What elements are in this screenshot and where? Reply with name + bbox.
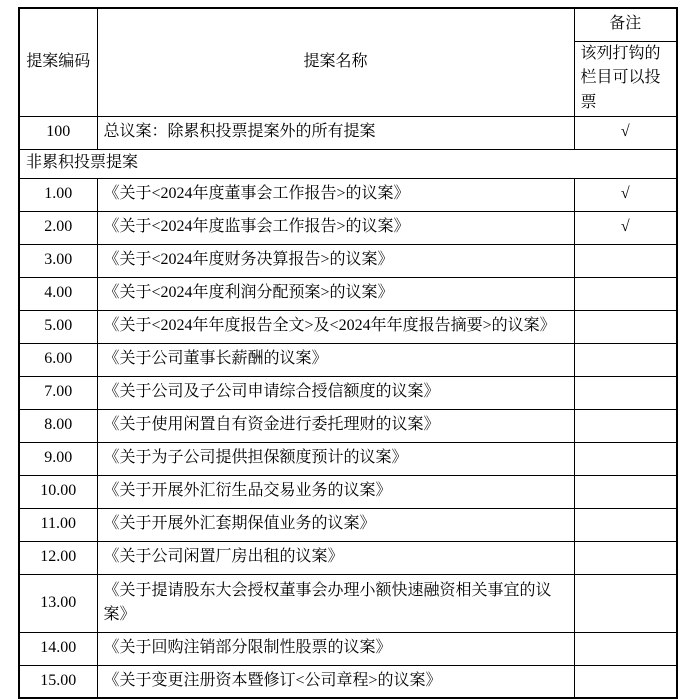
proposal-check-cell: √	[574, 178, 677, 211]
proposal-name-cell: 《关于<2024年年度报告全文>及<2024年年度报告摘要>的议案》	[97, 310, 574, 343]
proposal-code-cell: 5.00	[19, 310, 97, 343]
table-row-general: 100 总议案：除累积投票提案外的所有提案 √	[19, 116, 677, 149]
proposal-code-cell: 100	[19, 116, 97, 149]
proposal-check-cell	[574, 574, 677, 632]
table-row: 13.00 《关于提请股东大会授权董事会办理小额快速融资相关事宜的议案》	[19, 574, 677, 632]
table-row: 10.00 《关于开展外汇衍生品交易业务的议案》	[19, 475, 677, 508]
proposal-name-cell: 《关于<2024年度监事会工作报告>的议案》	[97, 211, 574, 244]
proposal-check-cell	[574, 310, 677, 343]
proposal-check-cell	[574, 376, 677, 409]
proposal-check-cell	[574, 508, 677, 541]
proposal-code-cell: 14.00	[19, 632, 97, 665]
proposal-check-cell	[574, 665, 677, 698]
proposal-check-cell	[574, 244, 677, 277]
proposal-code-cell: 1.00	[19, 178, 97, 211]
proposal-name-cell: 《关于公司及子公司申请综合授信额度的议案》	[97, 376, 574, 409]
proposal-code-cell: 3.00	[19, 244, 97, 277]
proposal-check-cell	[574, 277, 677, 310]
table-row: 12.00 《关于公司闲置厂房出租的议案》	[19, 541, 677, 574]
table-row: 1.00 《关于<2024年度董事会工作报告>的议案》 √	[19, 178, 677, 211]
proposal-code-cell: 13.00	[19, 574, 97, 632]
table-row: 2.00 《关于<2024年度监事会工作报告>的议案》 √	[19, 211, 677, 244]
proposal-check-cell: √	[574, 211, 677, 244]
proposal-code-cell: 10.00	[19, 475, 97, 508]
proposal-name-cell: 《关于<2024年度董事会工作报告>的议案》	[97, 178, 574, 211]
table-header-row: 提案编码 提案名称 备注	[19, 8, 677, 41]
proposal-code-cell: 11.00	[19, 508, 97, 541]
proposal-name-cell: 《关于<2024年度利润分配预案>的议案》	[97, 277, 574, 310]
header-remark-note: 该列打钩的栏目可以投票	[574, 41, 677, 116]
proposal-code-cell: 2.00	[19, 211, 97, 244]
proposal-check-cell	[574, 541, 677, 574]
proposal-check-cell	[574, 475, 677, 508]
proposal-name-cell: 《关于开展外汇套期保值业务的议案》	[97, 508, 574, 541]
table-row: 4.00 《关于<2024年度利润分配预案>的议案》	[19, 277, 677, 310]
proposal-name-cell: 《关于<2024年度财务决算报告>的议案》	[97, 244, 574, 277]
table-row: 7.00 《关于公司及子公司申请综合授信额度的议案》	[19, 376, 677, 409]
proposal-check-cell	[574, 343, 677, 376]
header-proposal-name: 提案名称	[97, 8, 574, 116]
proposal-check-cell	[574, 409, 677, 442]
proposal-code-cell: 7.00	[19, 376, 97, 409]
header-remark: 备注	[574, 8, 677, 41]
proposal-check-cell	[574, 442, 677, 475]
section-label: 非累积投票提案	[19, 149, 677, 178]
proposal-code-cell: 6.00	[19, 343, 97, 376]
proposal-table: 提案编码 提案名称 备注 该列打钩的栏目可以投票 100 总议案：除累积投票提案…	[18, 7, 678, 699]
proposal-code-cell: 15.00	[19, 665, 97, 698]
proposal-name-cell: 《关于公司闲置厂房出租的议案》	[97, 541, 574, 574]
table-row: 11.00 《关于开展外汇套期保值业务的议案》	[19, 508, 677, 541]
proposal-code-cell: 4.00	[19, 277, 97, 310]
proposal-check-cell	[574, 632, 677, 665]
table-row: 3.00 《关于<2024年度财务决算报告>的议案》	[19, 244, 677, 277]
table-row: 6.00 《关于公司董事长薪酬的议案》	[19, 343, 677, 376]
proposal-code-cell: 8.00	[19, 409, 97, 442]
table-row: 14.00 《关于回购注销部分限制性股票的议案》	[19, 632, 677, 665]
proposal-check-cell: √	[574, 116, 677, 149]
header-proposal-code: 提案编码	[19, 8, 97, 116]
proposal-name-cell: 《关于开展外汇衍生品交易业务的议案》	[97, 475, 574, 508]
table-row: 5.00 《关于<2024年年度报告全文>及<2024年年度报告摘要>的议案》	[19, 310, 677, 343]
proposal-code-cell: 12.00	[19, 541, 97, 574]
table-row: 9.00 《关于为子公司提供担保额度预计的议案》	[19, 442, 677, 475]
table-section-row: 非累积投票提案	[19, 149, 677, 178]
proposal-name-cell: 《关于为子公司提供担保额度预计的议案》	[97, 442, 574, 475]
proposal-name-cell: 《关于变更注册资本暨修订<公司章程>的议案》	[97, 665, 574, 698]
proposal-name-cell: 《关于公司董事长薪酬的议案》	[97, 343, 574, 376]
proposal-code-cell: 9.00	[19, 442, 97, 475]
proposal-name-cell: 《关于提请股东大会授权董事会办理小额快速融资相关事宜的议案》	[97, 574, 574, 632]
proposal-name-cell: 总议案：除累积投票提案外的所有提案	[97, 116, 574, 149]
proposal-name-cell: 《关于使用闲置自有资金进行委托理财的议案》	[97, 409, 574, 442]
table-row: 8.00 《关于使用闲置自有资金进行委托理财的议案》	[19, 409, 677, 442]
proposal-name-cell: 《关于回购注销部分限制性股票的议案》	[97, 632, 574, 665]
table-row: 15.00 《关于变更注册资本暨修订<公司章程>的议案》	[19, 665, 677, 698]
